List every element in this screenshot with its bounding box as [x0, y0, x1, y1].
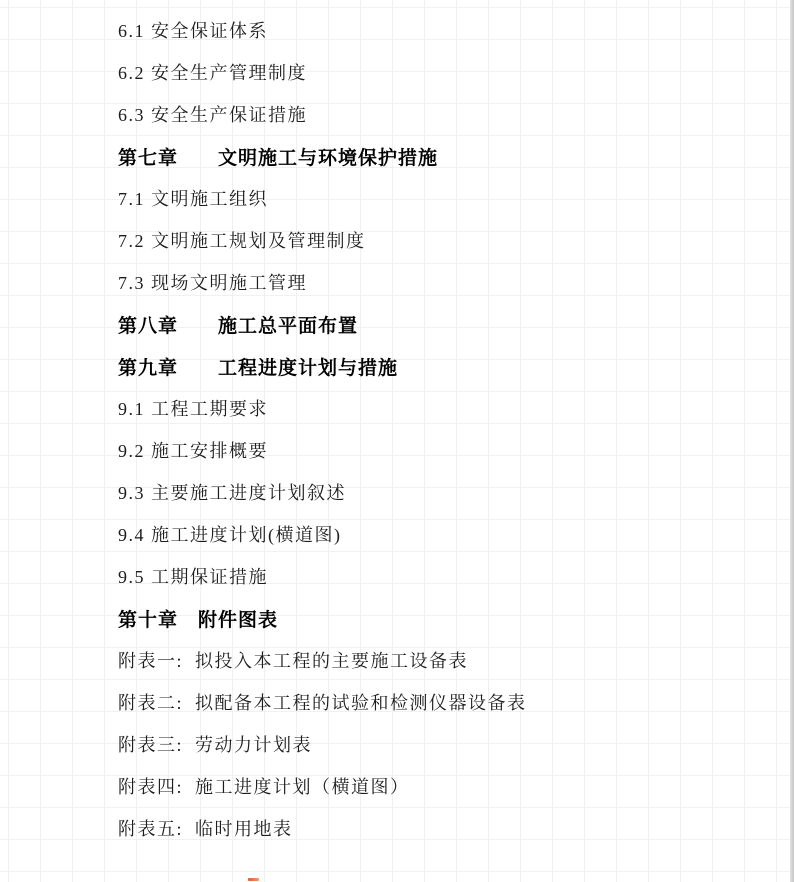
toc-entry-7-3: 7.3 现场文明施工管理: [118, 261, 744, 303]
toc-appendix-3: 附表三: 劳动力计划表: [118, 723, 744, 765]
next-page-orange-marker: [248, 878, 259, 881]
toc-chapter-7: 第七章 文明施工与环境保护措施: [118, 135, 744, 177]
toc-appendix-2: 附表二: 拟配备本工程的试验和检测仪器设备表: [118, 681, 744, 723]
toc-entry-9-2: 9.2 施工安排概要: [118, 429, 744, 471]
toc-chapter-10: 第十章 附件图表: [118, 597, 744, 639]
toc-appendix-1: 附表一: 拟投入本工程的主要施工设备表: [118, 639, 744, 681]
toc-entry-9-5: 9.5 工期保证措施: [118, 555, 744, 597]
toc-chapter-8: 第八章 施工总平面布置: [118, 303, 744, 345]
toc-entry-6-1: 6.1 安全保证体系: [118, 9, 744, 51]
page-edge: [790, 0, 794, 882]
document-page: 6.1 安全保证体系 6.2 安全生产管理制度 6.3 安全生产保证措施 第七章…: [0, 0, 794, 882]
toc-entry-7-2: 7.2 文明施工规划及管理制度: [118, 219, 744, 261]
toc-entry-6-2: 6.2 安全生产管理制度: [118, 51, 744, 93]
toc-appendix-5: 附表五: 临时用地表: [118, 807, 744, 849]
toc-chapter-9: 第九章 工程进度计划与措施: [118, 345, 744, 387]
toc-entry-7-1: 7.1 文明施工组织: [118, 177, 744, 219]
toc-appendix-4: 附表四: 施工进度计划（横道图）: [118, 765, 744, 807]
toc-entry-9-1: 9.1 工程工期要求: [118, 387, 744, 429]
toc-entry-9-4: 9.4 施工进度计划(横道图): [118, 513, 744, 555]
toc-entry-9-3: 9.3 主要施工进度计划叙述: [118, 471, 744, 513]
toc-entry-6-3: 6.3 安全生产保证措施: [118, 93, 744, 135]
table-of-contents: 6.1 安全保证体系 6.2 安全生产管理制度 6.3 安全生产保证措施 第七章…: [118, 9, 744, 849]
